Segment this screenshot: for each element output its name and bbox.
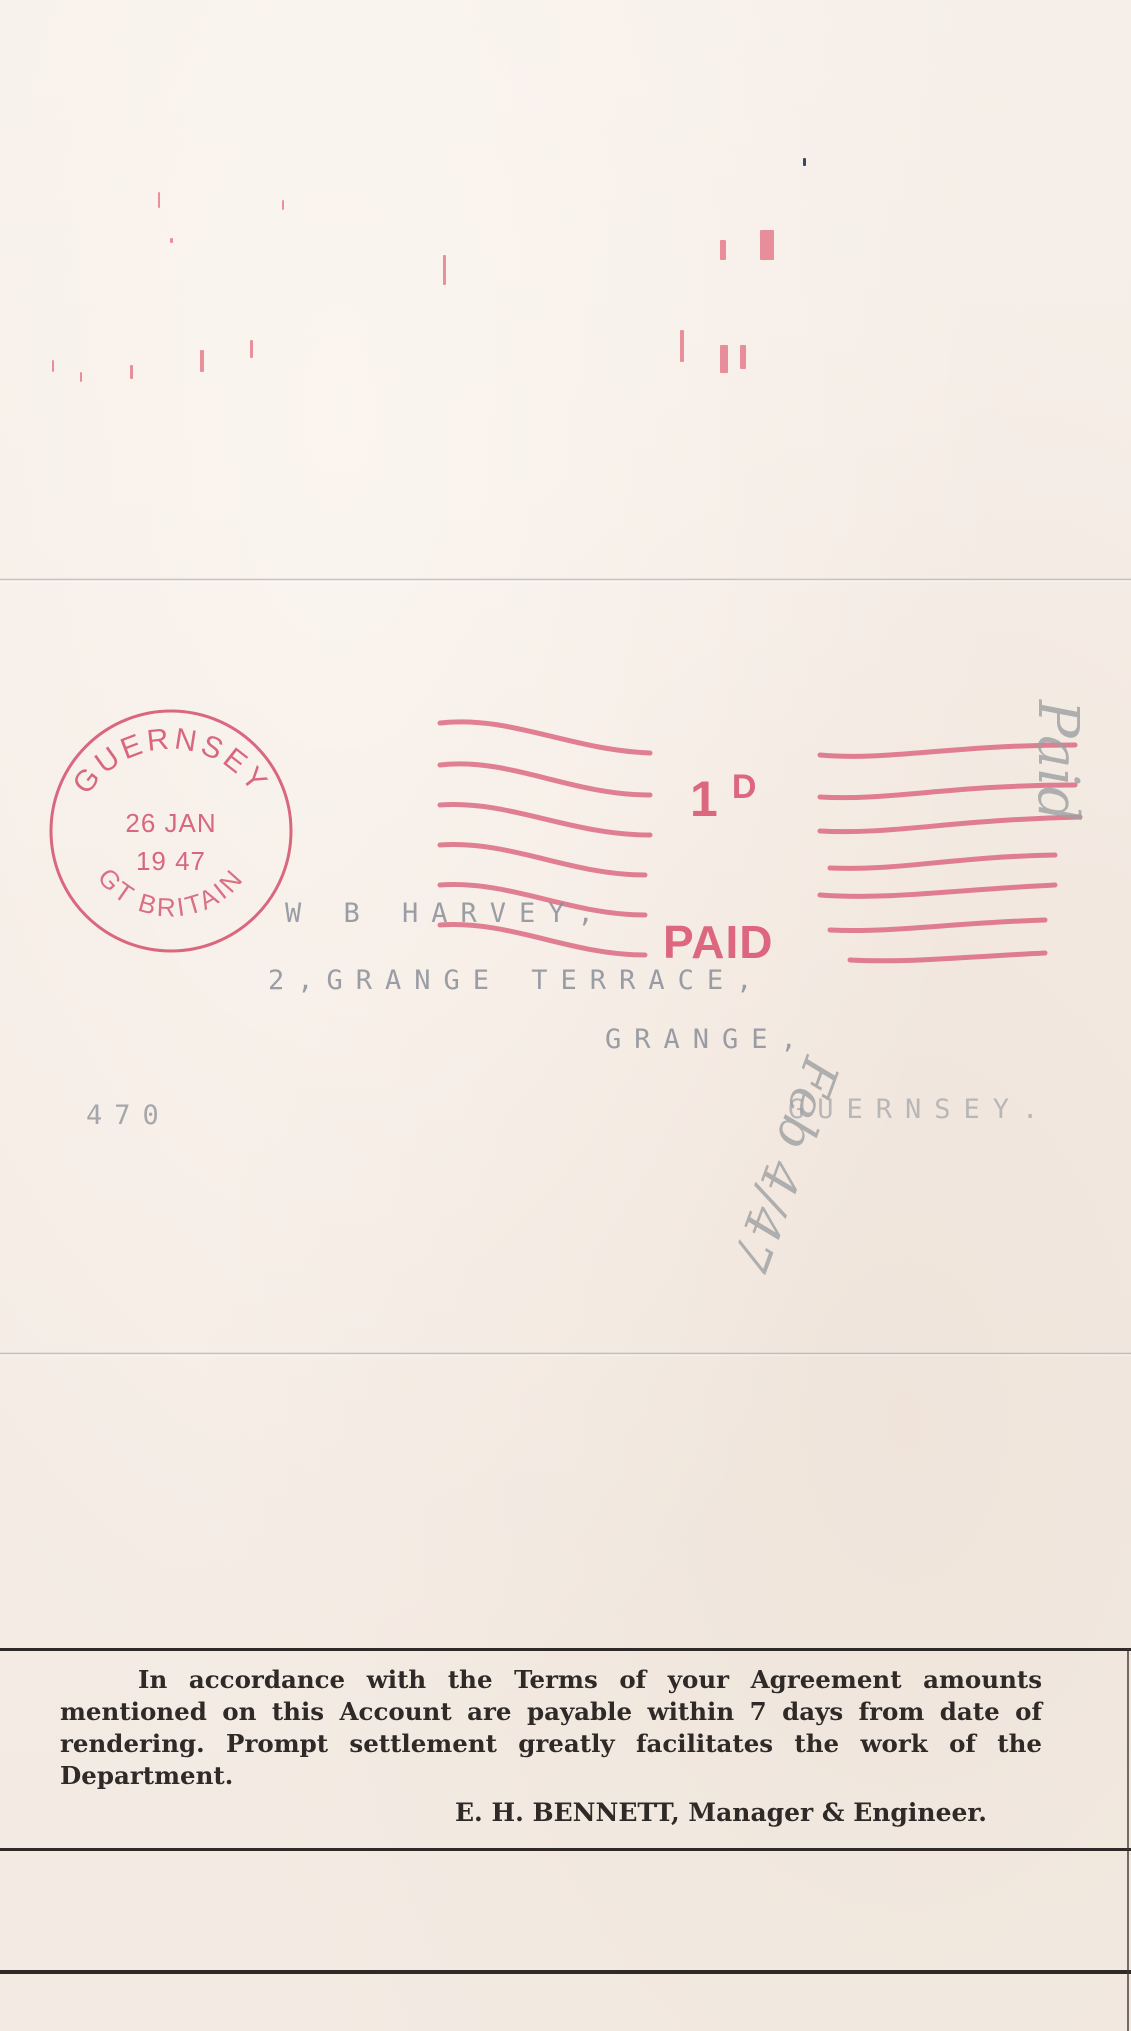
postage-value: 1 [690, 771, 718, 827]
postmark-date: 26 JAN [46, 808, 296, 839]
meter-paid-label: PAID [663, 915, 774, 969]
footer-rule [0, 1970, 1131, 1974]
notice-signature: E. H. BENNETT, Manager & Engineer. [455, 1798, 987, 1827]
notice-text: In accordance with the Terms of your Agr… [60, 1664, 1042, 1792]
address-line-street: 2,GRANGE TERRACE, [268, 965, 765, 996]
notice-top-rule [0, 1648, 1131, 1651]
guernsey-postmark: GUERNSEY GT BRITAIN 26 JAN 19 47 [46, 706, 296, 956]
address-line-name: W B HARVEY, [285, 898, 607, 929]
reference-number: 470 [86, 1100, 171, 1131]
postmark-year: 19 47 [46, 846, 296, 877]
pencil-note-paid: Paid [1025, 700, 1090, 822]
fold-line-upper [0, 578, 1131, 582]
payment-terms-notice: In accordance with the Terms of your Agr… [60, 1664, 1042, 1792]
fold-line-lower [0, 1352, 1131, 1356]
meter-postage-value: 1D [690, 770, 756, 828]
notice-bottom-rule [0, 1848, 1131, 1851]
address-line-locality: GRANGE, [605, 1024, 810, 1055]
right-edge-rule [1127, 1648, 1129, 2031]
postage-unit: D [732, 768, 757, 806]
